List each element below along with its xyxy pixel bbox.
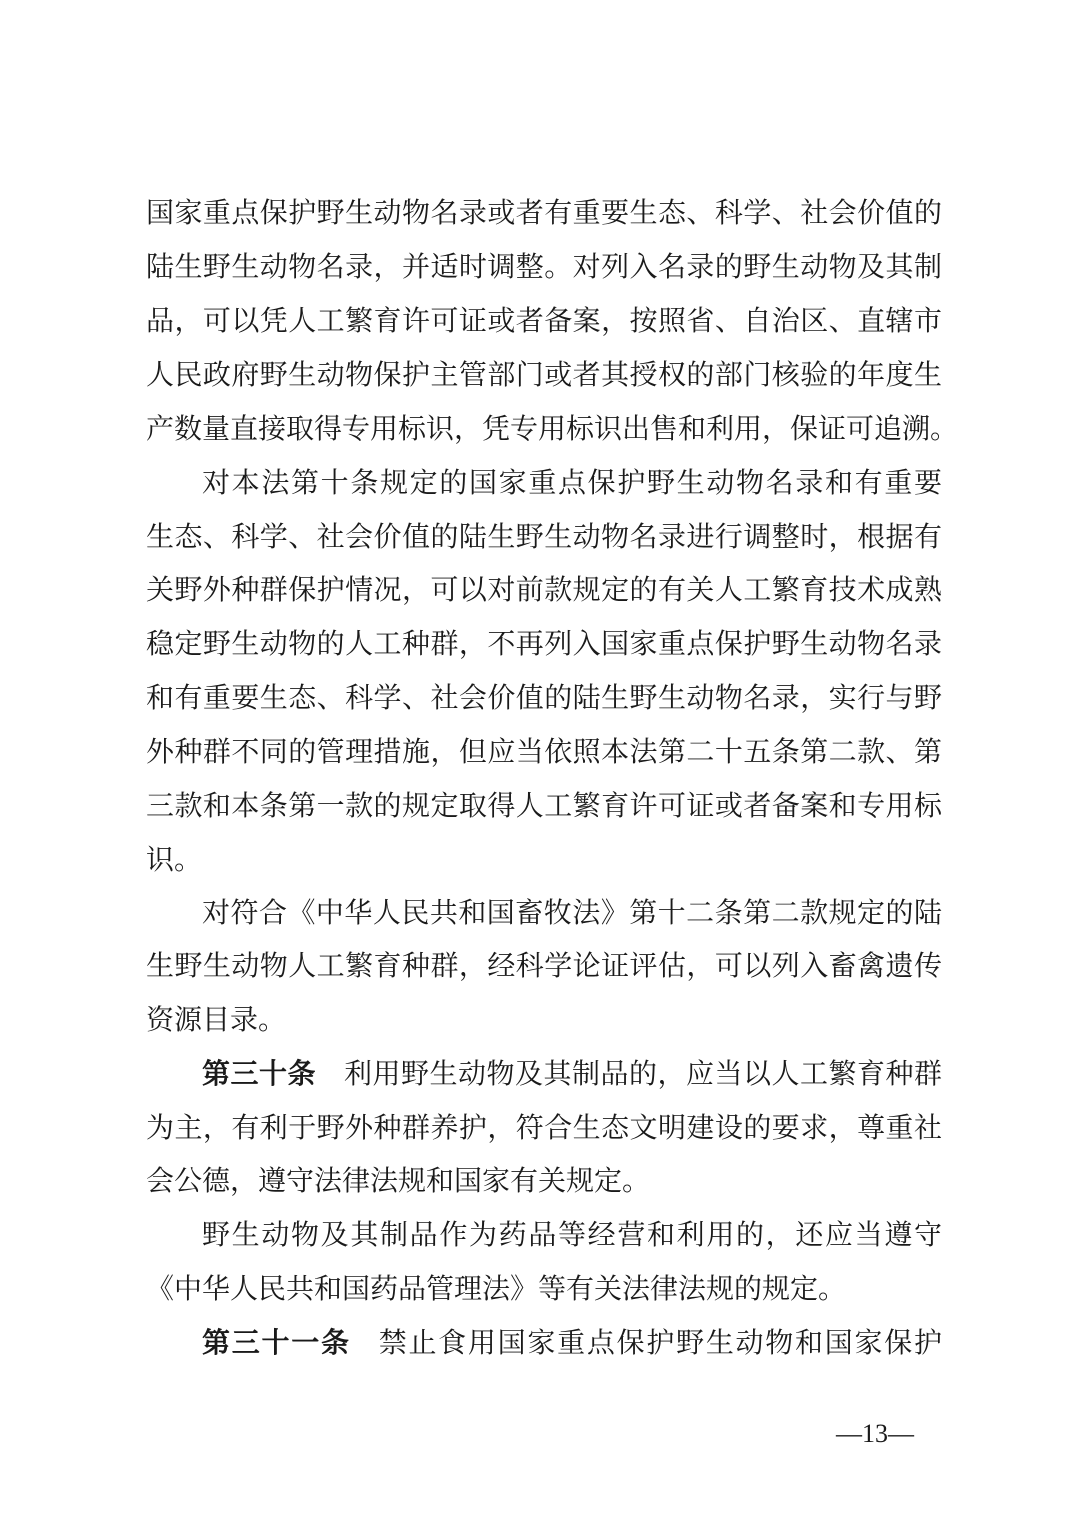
document-page: 国家重点保护野生动物名录或者有重要生态、科学、社会价值的 陆生野生动物名录，并适… — [0, 0, 1074, 1520]
text-line: 陆生野生动物名录，并适时调整。对列入名录的野生动物及其制 — [146, 247, 942, 287]
text-line: 三款和本条第一款的规定取得人工繁育许可证或者备案和专用标 — [146, 786, 942, 826]
text-line: 关野外种群保护情况，可以对前款规定的有关人工繁育技术成熟 — [146, 570, 942, 610]
text-span: 利用野生动物及其制品的，应当以人工繁育种群 — [344, 1057, 942, 1090]
text-line: 识。 — [146, 840, 942, 880]
text-line: 会公德，遵守法律法规和国家有关规定。 — [146, 1161, 942, 1201]
text-line: 稳定野生动物的人工种群，不再列入国家重点保护野生动物名录 — [146, 624, 942, 664]
text-line: 对符合《中华人民共和国畜牧法》第十二条第二款规定的陆 — [202, 893, 942, 933]
page-number: —13— — [836, 1416, 914, 1452]
text-line: 资源目录。 — [146, 1000, 942, 1040]
text-line: 为主，有利于野外种群养护，符合生态文明建设的要求，尊重社 — [146, 1108, 942, 1148]
text-line: 国家重点保护野生动物名录或者有重要生态、科学、社会价值的 — [146, 193, 942, 233]
text-line: 野生动物及其制品作为药品等经营和利用的，还应当遵守 — [202, 1215, 942, 1255]
text-line: 品，可以凭人工繁育许可证或者备案，按照省、自治区、直辖市 — [146, 301, 942, 341]
text-line: 外种群不同的管理措施，但应当依照本法第二十五条第二款、第 — [146, 732, 942, 772]
text-line: 人民政府野生动物保护主管部门或者其授权的部门核验的年度生 — [146, 355, 942, 395]
article-30-line: 第三十条利用野生动物及其制品的，应当以人工繁育种群 — [202, 1054, 942, 1094]
article-heading: 第三十条 — [202, 1057, 316, 1090]
text-line: 对本法第十条规定的国家重点保护野生动物名录和有重要 — [202, 463, 942, 503]
article-31-line: 第三十一条禁止食用国家重点保护野生动物和国家保护 — [202, 1323, 942, 1363]
text-span: 禁止食用国家重点保护野生动物和国家保护 — [379, 1326, 942, 1359]
text-line: 产数量直接取得专用标识，凭专用标识出售和利用，保证可追溯。 — [146, 409, 942, 449]
text-line: 生野生动物人工繁育种群，经科学论证评估，可以列入畜禽遗传 — [146, 946, 942, 986]
text-line: 和有重要生态、科学、社会价值的陆生野生动物名录，实行与野 — [146, 678, 942, 718]
text-line: 《中华人民共和国药品管理法》等有关法律法规的规定。 — [146, 1269, 942, 1309]
article-heading: 第三十一条 — [202, 1326, 351, 1359]
text-line: 生态、科学、社会价值的陆生野生动物名录进行调整时，根据有 — [146, 517, 942, 557]
